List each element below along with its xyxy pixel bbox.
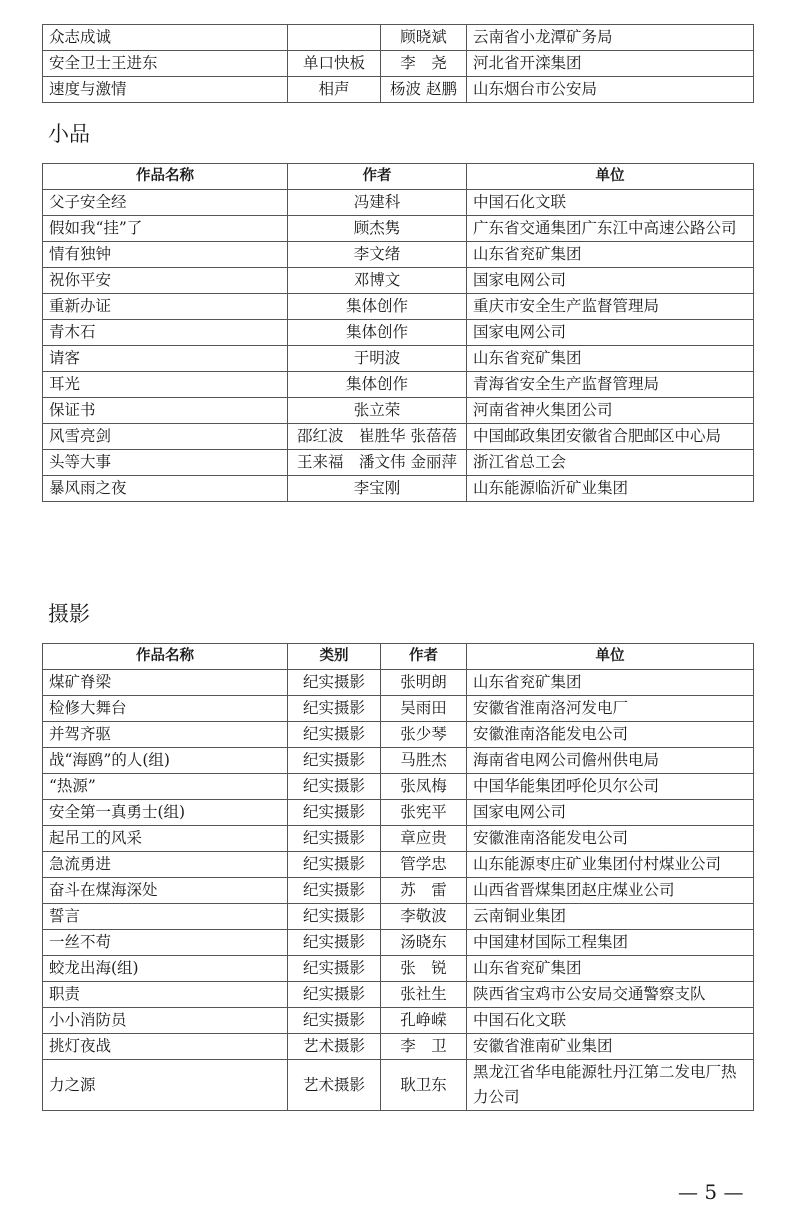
cell-author: 章应贵 bbox=[381, 826, 467, 852]
cell-category: 纪实摄影 bbox=[288, 852, 381, 878]
cell-name: 安全卫士王进东 bbox=[43, 51, 288, 77]
table-row: 安全卫士王进东单口快板李 尧河北省开滦集团 bbox=[43, 51, 754, 77]
cell-category: 纪实摄影 bbox=[288, 826, 381, 852]
cell-category: 纪实摄影 bbox=[288, 670, 381, 696]
cell-category: 纪实摄影 bbox=[288, 982, 381, 1008]
cell-unit: 国家电网公司 bbox=[467, 320, 754, 346]
section-title-sketch: 小品 bbox=[48, 118, 90, 148]
cell-unit: 安徽淮南洛能发电公司 bbox=[467, 826, 754, 852]
cell-author: 管学忠 bbox=[381, 852, 467, 878]
table-row: 暴风雨之夜李宝刚山东能源临沂矿业集团 bbox=[43, 476, 754, 502]
cell-name: 请客 bbox=[43, 346, 288, 372]
cell-author: 李文绪 bbox=[288, 242, 467, 268]
cell-unit: 中国邮政集团安徽省合肥邮区中心局 bbox=[467, 424, 754, 450]
table-row: 祝你平安邓博文国家电网公司 bbox=[43, 268, 754, 294]
cell-name: 急流勇进 bbox=[43, 852, 288, 878]
cell-name: 众志成诚 bbox=[43, 25, 288, 51]
cell-name: 父子安全经 bbox=[43, 190, 288, 216]
table-header-row: 作品名称 类别 作者 单位 bbox=[43, 644, 754, 670]
cell-category: 纪实摄影 bbox=[288, 696, 381, 722]
cell-author: 吴雨田 bbox=[381, 696, 467, 722]
cell-author: 耿卫东 bbox=[381, 1060, 467, 1111]
cell-unit: 山东省兖矿集团 bbox=[467, 346, 754, 372]
cell-unit: 陕西省宝鸡市公安局交通警察支队 bbox=[467, 982, 754, 1008]
cell-unit: 河南省神火集团公司 bbox=[467, 398, 754, 424]
sketch-table: 作品名称 作者 单位 父子安全经冯建科中国石化文联假如我“挂”了顾杰隽广东省交通… bbox=[42, 163, 754, 502]
cell-category: 纪实摄影 bbox=[288, 748, 381, 774]
cell-unit: 云南铜业集团 bbox=[467, 904, 754, 930]
cell-category: 纪实摄影 bbox=[288, 904, 381, 930]
cell-unit: 中国建材国际工程集团 bbox=[467, 930, 754, 956]
cell-author: 集体创作 bbox=[288, 372, 467, 398]
cell-name: 小小消防员 bbox=[43, 1008, 288, 1034]
photography-table: 作品名称 类别 作者 单位 煤矿脊梁纪实摄影张明朗山东省兖矿集团检修大舞台纪实摄… bbox=[42, 643, 754, 1111]
cell-author: 顾晓斌 bbox=[381, 25, 467, 51]
header-name: 作品名称 bbox=[43, 644, 288, 670]
cell-unit: 中国石化文联 bbox=[467, 190, 754, 216]
cell-author: 孔峥嵘 bbox=[381, 1008, 467, 1034]
table-row: 青木石集体创作国家电网公司 bbox=[43, 320, 754, 346]
cell-author: 邓博文 bbox=[288, 268, 467, 294]
table-row: 誓言纪实摄影李敬波云南铜业集团 bbox=[43, 904, 754, 930]
cell-unit: 山西省晋煤集团赵庄煤业公司 bbox=[467, 878, 754, 904]
cell-name: 重新办证 bbox=[43, 294, 288, 320]
table-row: 一丝不苟纪实摄影汤晓东中国建材国际工程集团 bbox=[43, 930, 754, 956]
table-row: 耳光集体创作青海省安全生产监督管理局 bbox=[43, 372, 754, 398]
cell-name: 誓言 bbox=[43, 904, 288, 930]
table-row: 急流勇进纪实摄影管学忠山东能源枣庄矿业集团付村煤业公司 bbox=[43, 852, 754, 878]
table-row: 众志成诚顾晓斌云南省小龙潭矿务局 bbox=[43, 25, 754, 51]
cell-category: 纪实摄影 bbox=[288, 800, 381, 826]
table-row: 速度与激情相声杨波 赵鹏山东烟台市公安局 bbox=[43, 77, 754, 103]
cell-name: 一丝不苟 bbox=[43, 930, 288, 956]
cell-author: 张少琴 bbox=[381, 722, 467, 748]
cell-author: 张社生 bbox=[381, 982, 467, 1008]
table-row: 并驾齐驱纪实摄影张少琴安徽淮南洛能发电公司 bbox=[43, 722, 754, 748]
table-row: 保证书张立荣河南省神火集团公司 bbox=[43, 398, 754, 424]
cell-unit: 山东省兖矿集团 bbox=[467, 670, 754, 696]
table-header-row: 作品名称 作者 单位 bbox=[43, 164, 754, 190]
table-row: 风雪亮剑邵红波 崔胜华 张蓓蓓中国邮政集团安徽省合肥邮区中心局 bbox=[43, 424, 754, 450]
cell-name: 检修大舞台 bbox=[43, 696, 288, 722]
cell-author: 王来福 潘文伟 金丽萍 bbox=[288, 450, 467, 476]
cell-unit: 山东烟台市公安局 bbox=[467, 77, 754, 103]
header-unit: 单位 bbox=[467, 164, 754, 190]
table-row: 小小消防员纪实摄影孔峥嵘中国石化文联 bbox=[43, 1008, 754, 1034]
cell-name: 蛟龙出海(组) bbox=[43, 956, 288, 982]
cell-author: 汤晓东 bbox=[381, 930, 467, 956]
cell-unit: 广东省交通集团广东江中高速公路公司 bbox=[467, 216, 754, 242]
table-row: 奋斗在煤海深处纪实摄影苏 雷山西省晋煤集团赵庄煤业公司 bbox=[43, 878, 754, 904]
cell-unit: 安徽省淮南洛河发电厂 bbox=[467, 696, 754, 722]
table-row: 检修大舞台纪实摄影吴雨田安徽省淮南洛河发电厂 bbox=[43, 696, 754, 722]
table-row: 职责纪实摄影张社生陕西省宝鸡市公安局交通警察支队 bbox=[43, 982, 754, 1008]
cell-unit: 山东省兖矿集团 bbox=[467, 956, 754, 982]
cell-author: 李敬波 bbox=[381, 904, 467, 930]
cell-category: 纪实摄影 bbox=[288, 956, 381, 982]
section-title-photography: 摄影 bbox=[48, 598, 90, 628]
cell-unit: 浙江省总工会 bbox=[467, 450, 754, 476]
table-row: 安全第一真勇士(组)纪实摄影张宪平国家电网公司 bbox=[43, 800, 754, 826]
cell-name: 职责 bbox=[43, 982, 288, 1008]
table-row: 请客于明波山东省兖矿集团 bbox=[43, 346, 754, 372]
cell-unit: 山东能源枣庄矿业集团付村煤业公司 bbox=[467, 852, 754, 878]
table-row: 假如我“挂”了顾杰隽广东省交通集团广东江中高速公路公司 bbox=[43, 216, 754, 242]
cell-name: 奋斗在煤海深处 bbox=[43, 878, 288, 904]
cell-author: 冯建科 bbox=[288, 190, 467, 216]
cell-name: 起吊工的风采 bbox=[43, 826, 288, 852]
header-author: 作者 bbox=[381, 644, 467, 670]
table-row: “热源”纪实摄影张凤梅中国华能集团呼伦贝尔公司 bbox=[43, 774, 754, 800]
cell-category bbox=[288, 25, 381, 51]
cell-unit: 国家电网公司 bbox=[467, 268, 754, 294]
top-continuation-table: 众志成诚顾晓斌云南省小龙潭矿务局安全卫士王进东单口快板李 尧河北省开滦集团速度与… bbox=[42, 24, 754, 103]
cell-name: 保证书 bbox=[43, 398, 288, 424]
header-unit: 单位 bbox=[467, 644, 754, 670]
cell-name: 头等大事 bbox=[43, 450, 288, 476]
cell-name: 青木石 bbox=[43, 320, 288, 346]
cell-category: 纪实摄影 bbox=[288, 878, 381, 904]
cell-category: 纪实摄影 bbox=[288, 722, 381, 748]
cell-author: 张明朗 bbox=[381, 670, 467, 696]
cell-author: 顾杰隽 bbox=[288, 216, 467, 242]
cell-author: 张凤梅 bbox=[381, 774, 467, 800]
cell-author: 张宪平 bbox=[381, 800, 467, 826]
header-name: 作品名称 bbox=[43, 164, 288, 190]
cell-unit: 云南省小龙潭矿务局 bbox=[467, 25, 754, 51]
cell-category: 纪实摄影 bbox=[288, 1008, 381, 1034]
cell-name: 安全第一真勇士(组) bbox=[43, 800, 288, 826]
cell-author: 杨波 赵鹏 bbox=[381, 77, 467, 103]
cell-name: 情有独钟 bbox=[43, 242, 288, 268]
cell-author: 集体创作 bbox=[288, 294, 467, 320]
cell-unit: 青海省安全生产监督管理局 bbox=[467, 372, 754, 398]
cell-unit: 安徽省淮南矿业集团 bbox=[467, 1034, 754, 1060]
table-row: 起吊工的风采纪实摄影章应贵安徽淮南洛能发电公司 bbox=[43, 826, 754, 852]
cell-unit: 安徽淮南洛能发电公司 bbox=[467, 722, 754, 748]
cell-name: 速度与激情 bbox=[43, 77, 288, 103]
cell-author: 李宝刚 bbox=[288, 476, 467, 502]
cell-category: 纪实摄影 bbox=[288, 930, 381, 956]
table-row: 父子安全经冯建科中国石化文联 bbox=[43, 190, 754, 216]
cell-unit: 国家电网公司 bbox=[467, 800, 754, 826]
cell-name: 并驾齐驱 bbox=[43, 722, 288, 748]
cell-name: 煤矿脊梁 bbox=[43, 670, 288, 696]
cell-name: 挑灯夜战 bbox=[43, 1034, 288, 1060]
cell-unit: 山东能源临沂矿业集团 bbox=[467, 476, 754, 502]
cell-category: 艺术摄影 bbox=[288, 1060, 381, 1111]
cell-name: “热源” bbox=[43, 774, 288, 800]
cell-name: 耳光 bbox=[43, 372, 288, 398]
cell-author: 李 尧 bbox=[381, 51, 467, 77]
table-row: 头等大事王来福 潘文伟 金丽萍浙江省总工会 bbox=[43, 450, 754, 476]
table-row: 情有独钟李文绪山东省兖矿集团 bbox=[43, 242, 754, 268]
cell-name: 暴风雨之夜 bbox=[43, 476, 288, 502]
table-row: 蛟龙出海(组)纪实摄影张 锐山东省兖矿集团 bbox=[43, 956, 754, 982]
cell-name: 战“海鸥”的人(组) bbox=[43, 748, 288, 774]
cell-category: 相声 bbox=[288, 77, 381, 103]
cell-author: 张立荣 bbox=[288, 398, 467, 424]
header-category: 类别 bbox=[288, 644, 381, 670]
cell-author: 邵红波 崔胜华 张蓓蓓 bbox=[288, 424, 467, 450]
table-row: 力之源艺术摄影耿卫东黑龙江省华电能源牡丹江第二发电厂热力公司 bbox=[43, 1060, 754, 1111]
table-row: 挑灯夜战艺术摄影李 卫安徽省淮南矿业集团 bbox=[43, 1034, 754, 1060]
cell-unit: 海南省电网公司儋州供电局 bbox=[467, 748, 754, 774]
table-row: 重新办证集体创作重庆市安全生产监督管理局 bbox=[43, 294, 754, 320]
cell-author: 集体创作 bbox=[288, 320, 467, 346]
cell-name: 风雪亮剑 bbox=[43, 424, 288, 450]
header-author: 作者 bbox=[288, 164, 467, 190]
cell-author: 张 锐 bbox=[381, 956, 467, 982]
cell-category: 纪实摄影 bbox=[288, 774, 381, 800]
cell-unit: 山东省兖矿集团 bbox=[467, 242, 754, 268]
cell-author: 于明波 bbox=[288, 346, 467, 372]
cell-name: 力之源 bbox=[43, 1060, 288, 1111]
cell-unit: 中国石化文联 bbox=[467, 1008, 754, 1034]
cell-category: 艺术摄影 bbox=[288, 1034, 381, 1060]
cell-author: 马胜杰 bbox=[381, 748, 467, 774]
cell-name: 祝你平安 bbox=[43, 268, 288, 294]
cell-author: 李 卫 bbox=[381, 1034, 467, 1060]
table-row: 煤矿脊梁纪实摄影张明朗山东省兖矿集团 bbox=[43, 670, 754, 696]
cell-unit: 黑龙江省华电能源牡丹江第二发电厂热力公司 bbox=[467, 1060, 754, 1111]
page-number: — 5 — bbox=[678, 1180, 743, 1204]
cell-unit: 重庆市安全生产监督管理局 bbox=[467, 294, 754, 320]
cell-unit: 中国华能集团呼伦贝尔公司 bbox=[467, 774, 754, 800]
cell-category: 单口快板 bbox=[288, 51, 381, 77]
cell-unit: 河北省开滦集团 bbox=[467, 51, 754, 77]
cell-author: 苏 雷 bbox=[381, 878, 467, 904]
cell-name: 假如我“挂”了 bbox=[43, 216, 288, 242]
table-row: 战“海鸥”的人(组)纪实摄影马胜杰海南省电网公司儋州供电局 bbox=[43, 748, 754, 774]
